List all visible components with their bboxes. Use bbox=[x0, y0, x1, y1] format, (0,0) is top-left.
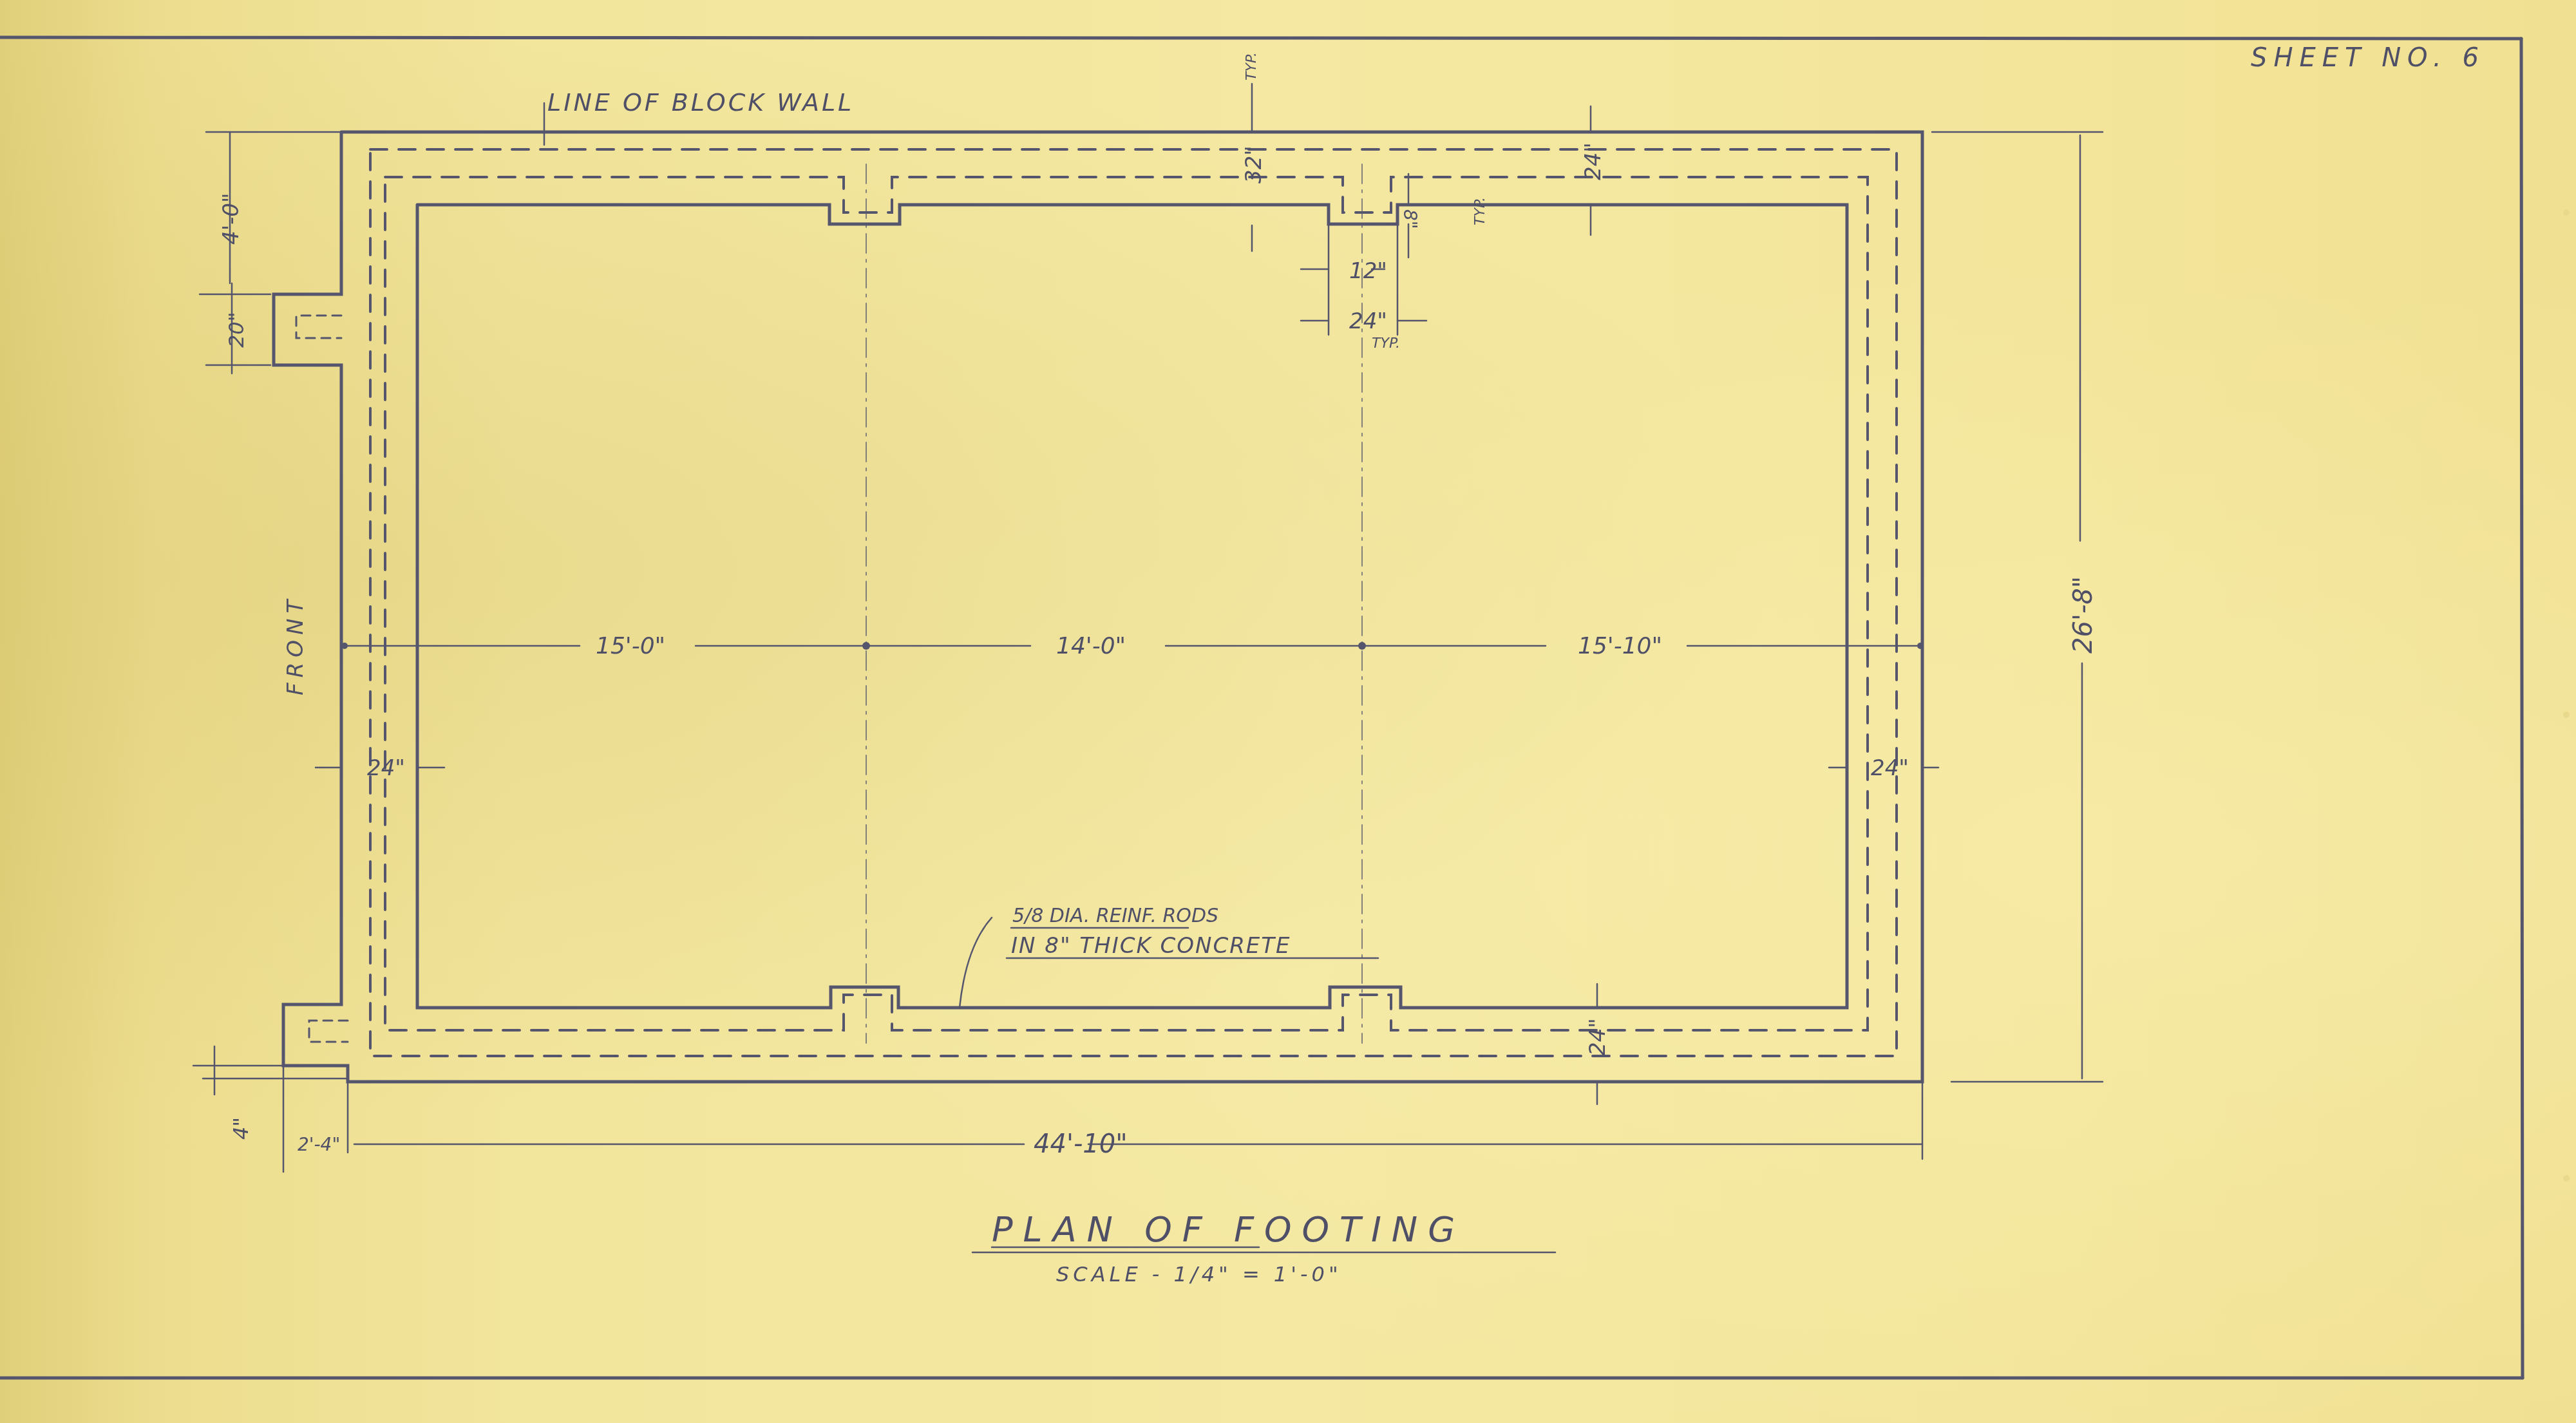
front-label: FRONT bbox=[283, 595, 308, 695]
front-dims bbox=[193, 132, 348, 1172]
overall-width-dim bbox=[354, 1082, 1922, 1159]
pilaster-depth-dim: 8" bbox=[1399, 209, 1421, 229]
bottom-bump-width-dim: 2'-4" bbox=[298, 1134, 340, 1155]
reinforcement-note-2: IN 8" THICK CONCRETE bbox=[1011, 933, 1291, 959]
top-offset-dim: 32" bbox=[1241, 146, 1267, 184]
block-wall-note: LINE OF BLOCK WALL bbox=[547, 88, 854, 117]
bay-left-dim: 15'-0" bbox=[596, 633, 665, 659]
pilaster-depth-typ: TYP. bbox=[1472, 197, 1488, 225]
pilaster-inner-dim: 12" bbox=[1349, 258, 1387, 284]
top-dims bbox=[544, 84, 1591, 335]
sheet-number: SHEET NO. 6 bbox=[2251, 43, 2485, 73]
bottom-bump-offset-dim: 4" bbox=[229, 1117, 253, 1140]
inner-footing-outline bbox=[417, 205, 1847, 1008]
footing-plan-drawing: SHEET NO. 6 LINE OF BLOCK WALL 15'-0" 14… bbox=[0, 0, 2576, 1423]
reinforcement-note-1: 5/8 DIA. REINF. RODS bbox=[1012, 905, 1218, 927]
overall-width-value: 44'-10" bbox=[1034, 1129, 1128, 1159]
top-offset-typ: TYP. bbox=[1244, 52, 1260, 80]
front-bump-width-dim: 20" bbox=[224, 312, 249, 348]
binder-holes bbox=[2563, 209, 2570, 1182]
left-footing-dim: 24" bbox=[367, 755, 405, 781]
bottom-footing-dim: 24" bbox=[1585, 1018, 1611, 1056]
bay-middle-dim: 14'-0" bbox=[1056, 633, 1126, 659]
drawing-scale: SCALE - 1/4" = 1'-0" bbox=[1056, 1262, 1342, 1286]
block-wall-inner-line bbox=[385, 177, 1868, 1030]
bay-right-dim: 15'-10" bbox=[1578, 633, 1662, 659]
pilaster-outer-typ: TYP. bbox=[1372, 335, 1400, 352]
overall-depth-value: 26'-8" bbox=[2069, 576, 2098, 654]
bay-dimension-line bbox=[341, 642, 1924, 650]
front-bump-offset-dim: 4'-0" bbox=[218, 193, 244, 245]
sheet-border bbox=[0, 37, 2523, 1378]
reinforcement-leader bbox=[960, 918, 992, 1008]
drawing-sheet: SHEET NO. 6 LINE OF BLOCK WALL 15'-0" 14… bbox=[0, 0, 2576, 1423]
top-footing-dim: 24" bbox=[1580, 142, 1606, 180]
drawing-title: PLAN OF FOOTING bbox=[992, 1209, 1465, 1250]
right-footing-dim: 24" bbox=[1871, 755, 1909, 781]
pilaster-outer-dim: 24" bbox=[1349, 308, 1387, 334]
